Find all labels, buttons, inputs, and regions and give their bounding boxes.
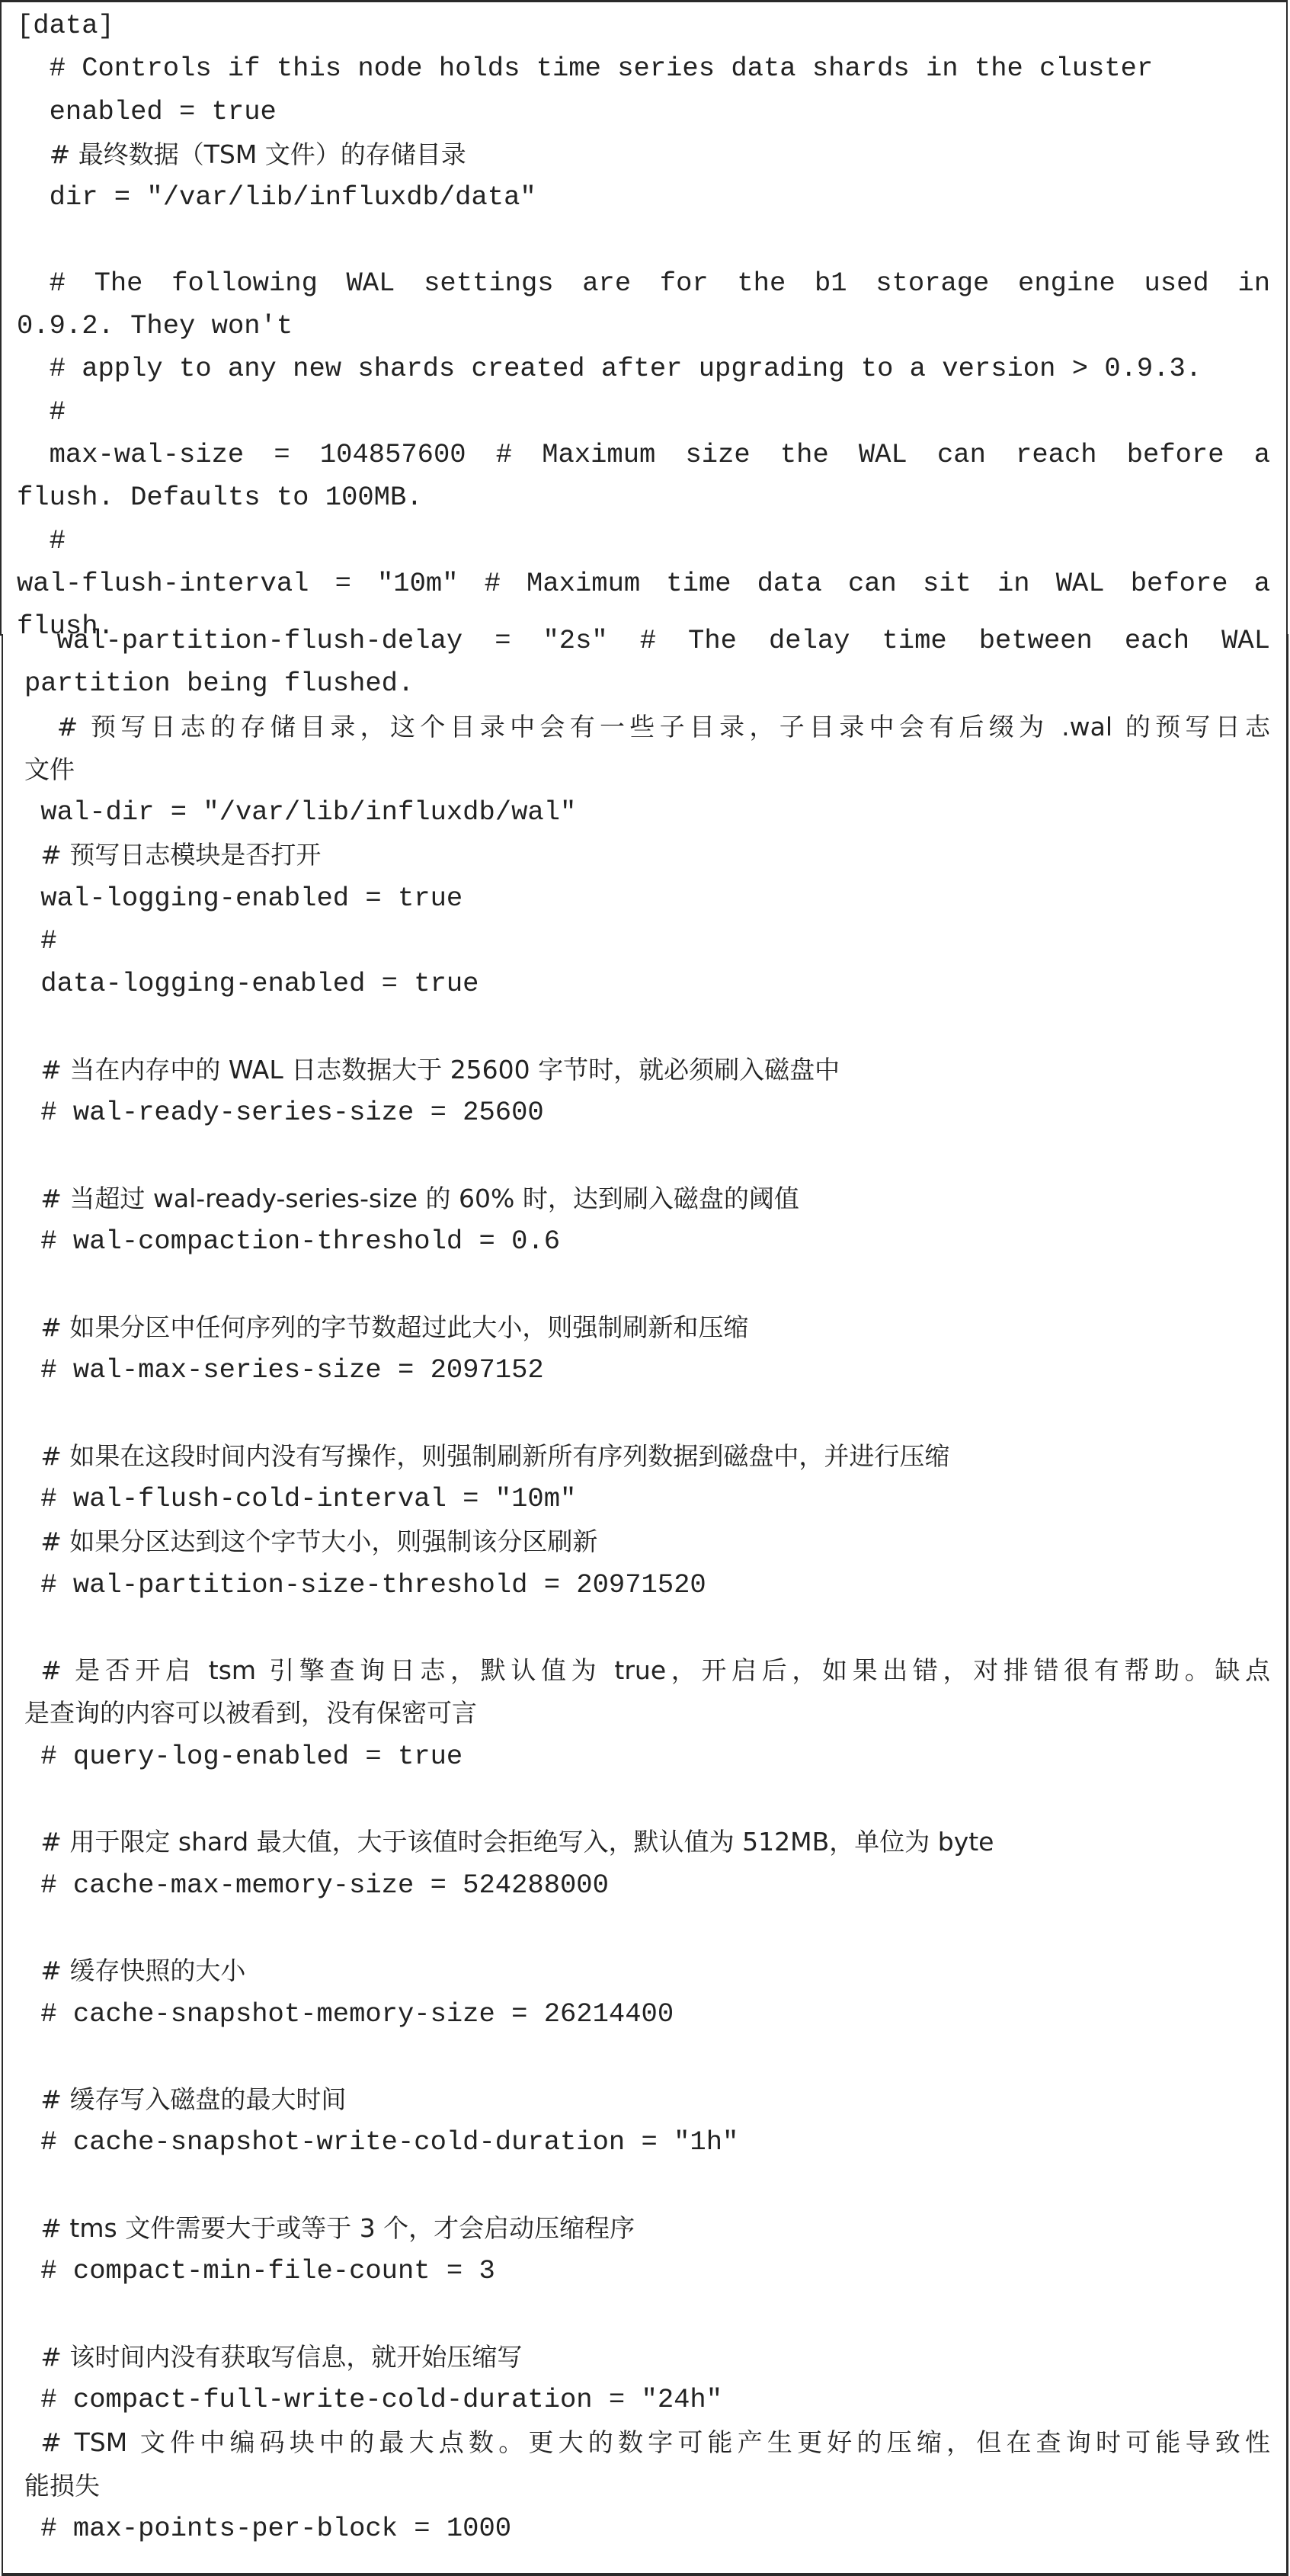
config-line-partition-being-flushed: partition being flushed. <box>24 662 1270 705</box>
config-line-3: 文件 <box>24 748 1270 791</box>
config-line-dir-var-lib-influxdb-data: dir = "/var/lib/influxdb/data" <box>17 176 1270 219</box>
config-line-wal-logging-enabled-true: wal-logging-enabled = true <box>24 877 1270 920</box>
config-block-bottom: wal-partition-flush-delay = "2s" # The d… <box>2 634 1288 2576</box>
blank-line <box>24 2164 1270 2207</box>
comment-line: # <box>17 520 1270 562</box>
comment-line: # max-points-per-block = 1000 <box>24 2507 1270 2550</box>
comment-line: # 如果分区达到这个字节大小，则强制该分区刷新 <box>24 1520 1270 1563</box>
config-line-43: 能损失 <box>24 2465 1270 2507</box>
config-line-wal-partition-flush-delay-2s-the-delay-t: wal-partition-flush-delay = "2s" # The d… <box>24 620 1270 662</box>
config-line-wal-dir-var-lib-influxdb-wal: wal-dir = "/var/lib/influxdb/wal" <box>24 791 1270 834</box>
comment-line: # query-log-enabled = true <box>24 1735 1270 1778</box>
comment-line: # 缓存写入磁盘的最大时间 <box>24 2078 1270 2121</box>
config-block-top: [data]# Controls if this node holds time… <box>0 0 1288 636</box>
comment-line: # 如果分区中任何序列的字节数超过此大小，则强制刷新和压缩 <box>24 1306 1270 1349</box>
config-line-data: [data] <box>17 5 1270 47</box>
comment-line: # apply to any new shards created after … <box>17 348 1270 390</box>
blank-line <box>24 1263 1270 1306</box>
comment-line: # <box>24 920 1270 963</box>
comment-line: # cache-snapshot-memory-size = 26214400 <box>24 1993 1270 2036</box>
blank-line <box>24 1392 1270 1434</box>
config-line-max-wal-size-104857600-maximum-size-the-: max-wal-size = 104857600 # Maximum size … <box>17 434 1270 476</box>
comment-line: # cache-max-memory-size = 524288000 <box>24 1864 1270 1907</box>
comment-line: # 如果在这段时间内没有写操作，则强制刷新所有序列数据到磁盘中，并进行压缩 <box>24 1435 1270 1478</box>
config-line-wal-flush-interval-10m-maximum-time-data: wal-flush-interval = "10m" # Maximum tim… <box>17 562 1270 605</box>
blank-line <box>24 2293 1270 2336</box>
comment-line: # 缓存快照的大小 <box>24 1950 1270 1992</box>
blank-line <box>24 1778 1270 1821</box>
comment-line: # cache-snapshot-write-cold-duration = "… <box>24 2121 1270 2164</box>
comment-line: # The following WAL settings are for the… <box>17 262 1270 305</box>
comment-line: # 是否开启 tsm 引擎查询日志，默认值为 true，开启后，如果出错，对排错… <box>24 1649 1270 1692</box>
comment-line: # wal-compaction-threshold = 0.6 <box>24 1220 1270 1263</box>
comment-line: # 最终数据（TSM 文件）的存储目录 <box>17 133 1270 176</box>
config-line-enabled-true: enabled = true <box>17 91 1270 133</box>
config-code-top: [data]# Controls if this node holds time… <box>17 5 1270 648</box>
comment-line: # 当超过 wal-ready-series-size 的 60% 时，达到刷入… <box>24 1177 1270 1220</box>
config-line-0-9-2-they-won-t: 0.9.2. They won't <box>17 305 1270 348</box>
comment-line: # 预写日志的存储目录，这个目录中会有一些子目录，子目录中会有后缀为 .wal … <box>24 706 1270 748</box>
comment-line: # wal-max-series-size = 2097152 <box>24 1349 1270 1392</box>
blank-line <box>24 1607 1270 1649</box>
config-line-flush-defaults-to-100mb: flush. Defaults to 100MB. <box>17 476 1270 519</box>
config-code-bottom: wal-partition-flush-delay = "2s" # The d… <box>24 620 1270 2550</box>
comment-line: # wal-flush-cold-interval = "10m" <box>24 1478 1270 1520</box>
comment-line: # compact-full-write-cold-duration = "24… <box>24 2379 1270 2421</box>
blank-line <box>24 2036 1270 2078</box>
blank-line <box>24 1006 1270 1049</box>
comment-line: # <box>17 391 1270 434</box>
blank-line <box>17 219 1270 261</box>
comment-line: # wal-partition-size-threshold = 2097152… <box>24 1564 1270 1607</box>
comment-line: # Controls if this node holds time serie… <box>17 47 1270 90</box>
blank-line <box>24 1135 1270 1177</box>
comment-line: # 当在内存中的 WAL 日志数据大于 25600 字节时，就必须刷入磁盘中 <box>24 1049 1270 1091</box>
config-line-25: 是查询的内容可以被看到，没有保密可言 <box>24 1692 1270 1735</box>
comment-line: # tms 文件需要大于或等于 3 个，才会启动压缩程序 <box>24 2207 1270 2250</box>
comment-line: # wal-ready-series-size = 25600 <box>24 1091 1270 1134</box>
blank-line <box>24 1907 1270 1950</box>
comment-line: # 用于限定 shard 最大值，大于该值时会拒绝写入，默认值为 512MB，单… <box>24 1821 1270 1863</box>
comment-line: # 该时间内没有获取写信息，就开始压缩写 <box>24 2336 1270 2379</box>
comment-line: # compact-min-file-count = 3 <box>24 2250 1270 2292</box>
comment-line: # TSM 文件中编码块中的最大点数。更大的数字可能产生更好的压缩，但在查询时可… <box>24 2421 1270 2464</box>
config-line-data-logging-enabled-true: data-logging-enabled = true <box>24 963 1270 1005</box>
comment-line: # 预写日志模块是否打开 <box>24 834 1270 876</box>
